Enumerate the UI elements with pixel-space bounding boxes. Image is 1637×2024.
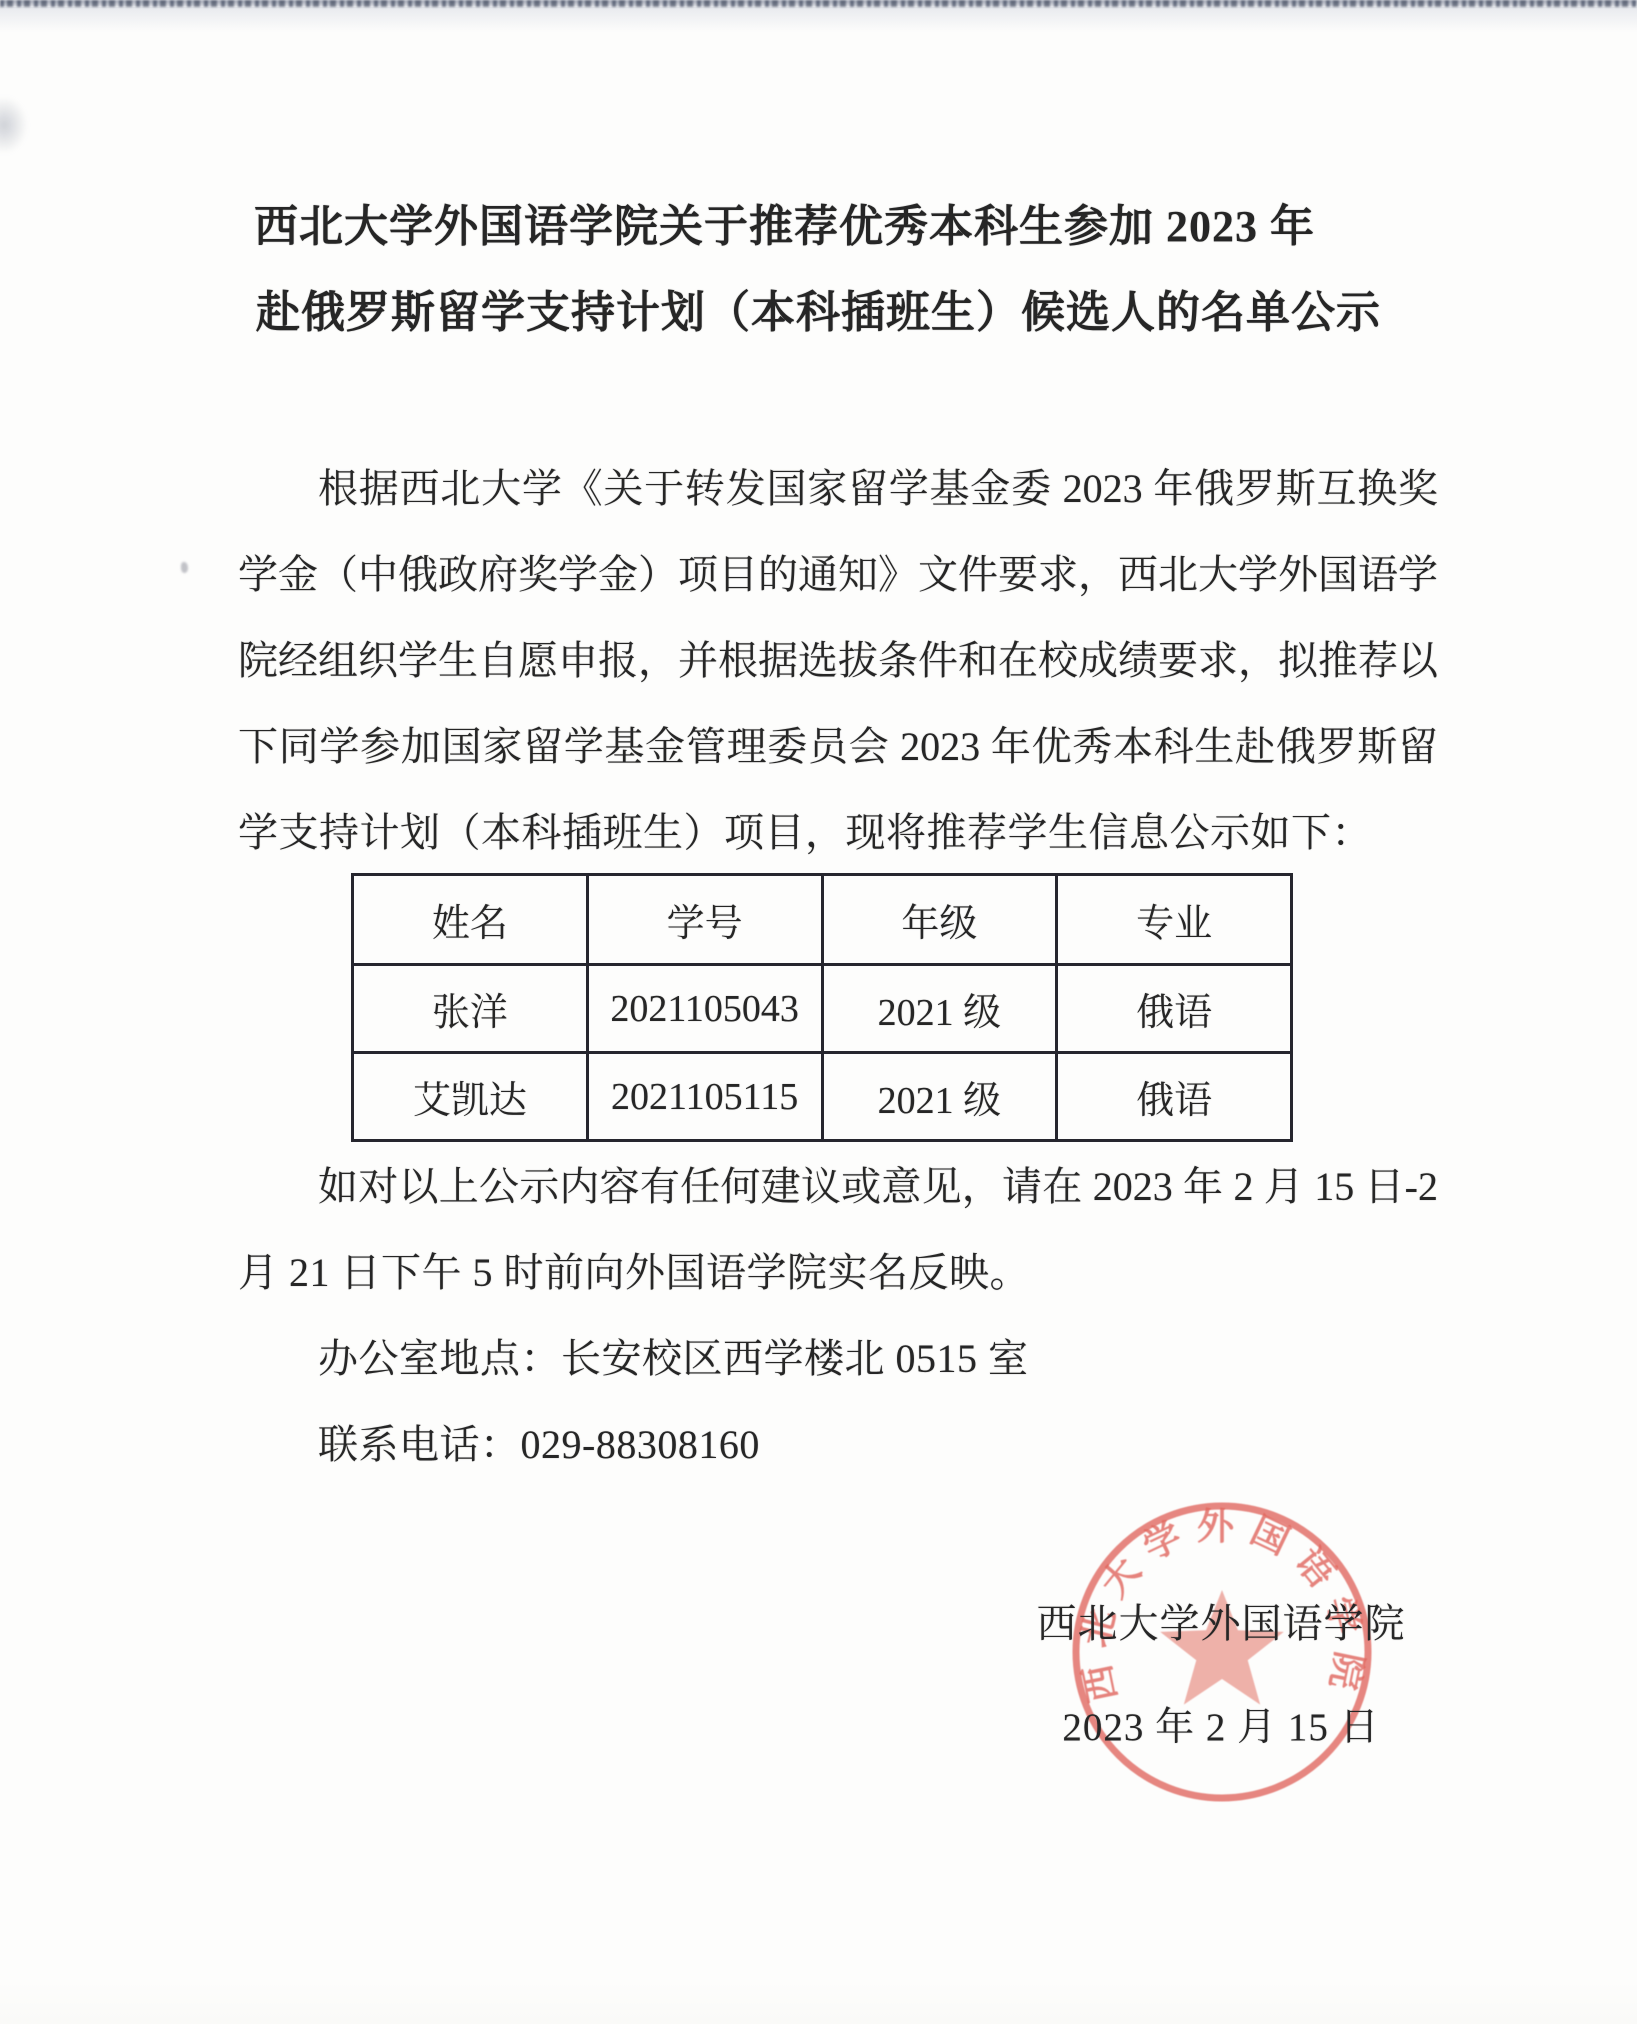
cell-grade: 2021 级 [822,965,1057,1053]
cell-name: 艾凯达 [353,1053,588,1141]
table-row: 张洋 2021105043 2021 级 俄语 [353,965,1292,1053]
paragraph1-line2: 学金（中俄政府奖学金）项目的通知》文件要求，西北大学外国语学 [238,552,1438,598]
paragraph2-line2: 月 21 日下午 5 时前向外国语学院实名反映。 [238,1250,1030,1296]
signature-block: 西北大学外国语学院 2023 年 2 月 15 日 [995,1592,1447,1752]
cell-major: 俄语 [1057,1053,1292,1141]
document-title-line1: 西北大学外国语学院关于推荐优秀本科生参加 2023 年 [0,190,1603,254]
cell-grade: 2021 级 [822,1053,1057,1141]
header-name: 姓名 [353,875,588,965]
signature-date: 2023 年 2 月 15 日 [995,1696,1447,1752]
header-student-id: 学号 [587,875,822,965]
cell-name: 张洋 [353,965,588,1053]
table-header-row: 姓名 学号 年级 专业 [353,875,1292,965]
document-title-line2: 赴俄罗斯留学支持计划（本科插班生）候选人的名单公示 [0,276,1637,340]
table-row: 艾凯达 2021105115 2021 级 俄语 [353,1053,1292,1141]
paragraph2-line1: 如对以上公示内容有任何建议或意见，请在 2023 年 2 月 15 日-2 [238,1164,1438,1210]
paragraph1-line3: 院经组织学生自愿申报，并根据选拔条件和在校成绩要求，拟推荐以 [238,638,1438,684]
student-roster-table: 姓名 学号 年级 专业 张洋 2021105043 2021 级 俄语 艾凯达 … [351,873,1293,1142]
paragraph1-line4: 下同学参加国家留学基金管理委员会 2023 年优秀本科生赴俄罗斯留 [238,724,1438,770]
scan-artifact-top-fade [0,7,1637,33]
scan-artifact-fleck [181,562,188,573]
cell-major: 俄语 [1057,965,1292,1053]
contact-phone-line: 联系电话：029-88308160 [318,1422,760,1468]
office-location-line: 办公室地点：长安校区西学楼北 0515 室 [318,1336,1029,1382]
header-major: 专业 [1057,875,1292,965]
document-page: 西北大学外国语学院关于推荐优秀本科生参加 2023 年 赴俄罗斯留学支持计划（本… [0,0,1637,2024]
header-grade: 年级 [822,875,1057,965]
scan-artifact-smudge [0,96,28,154]
scan-artifact-top-band [0,0,1637,7]
paragraph1-line1: 根据西北大学《关于转发国家留学基金委 2023 年俄罗斯互换奖 [238,466,1438,512]
cell-student-id: 2021105115 [587,1053,822,1141]
paragraph1-line5: 学支持计划（本科插班生）项目，现将推荐学生信息公示如下： [238,810,1372,856]
signature-org: 西北大学外国语学院 [995,1592,1447,1649]
cell-student-id: 2021105043 [587,965,822,1053]
